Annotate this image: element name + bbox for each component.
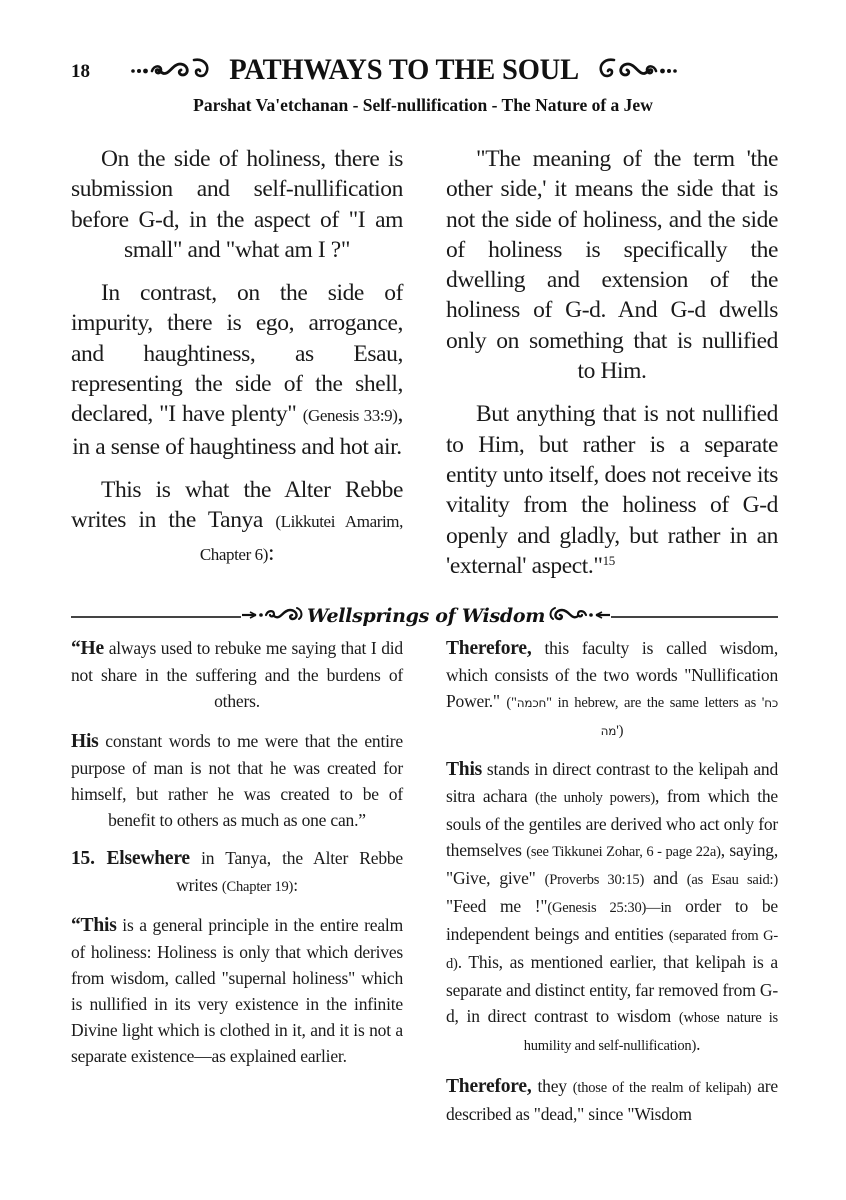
chapter-subtitle: Parshat Va'etchanan - Self-nullification… xyxy=(0,95,846,116)
citation: (as Esau said:) xyxy=(687,872,778,888)
page-number: 18 xyxy=(71,61,90,83)
citation: (Chapter 19) xyxy=(222,879,293,895)
note-paragraph: This stands in direct contrast to the ke… xyxy=(446,756,778,1059)
citation: (the unholy powers) xyxy=(535,790,655,806)
citation: (those of the realm of kelipah) xyxy=(573,1080,752,1096)
book-title: PATHWAYS TO THE SOUL xyxy=(229,53,579,87)
scroll-flourish-right-icon xyxy=(592,54,680,87)
divider-rule-left xyxy=(71,616,251,618)
note-paragraph: Therefore, this faculty is called wisdom… xyxy=(446,635,778,744)
divider-rule-right xyxy=(598,616,778,618)
footnote-lead: 15. Elsewhere xyxy=(71,848,190,869)
lead-word: “This xyxy=(71,915,117,936)
paragraph-tanya-intro: This is what the Alter Rebbe writes in t… xyxy=(71,475,403,570)
lead-word: Therefore, xyxy=(446,638,532,659)
citation: (Genesis 33:9) xyxy=(303,406,398,425)
citation: (Proverbs 30:15) xyxy=(545,872,645,888)
note-paragraph: His constant words to me were that the e… xyxy=(71,728,403,833)
paragraph-not-nullified: But anything that is not nullified to Hi… xyxy=(446,399,778,581)
note-text: constant words to me were that the entir… xyxy=(71,731,403,830)
lead-word: Therefore, xyxy=(446,1076,532,1097)
flourish-right-icon xyxy=(548,604,610,629)
paragraph-text: "The meaning of the term 'the other side… xyxy=(446,146,778,384)
notes-left-column: “He always used to rebuke me saying that… xyxy=(71,635,403,1079)
note-text: they xyxy=(532,1076,573,1096)
note-text: : xyxy=(293,875,298,895)
paragraph-impurity: In contrast, on the side of impurity, th… xyxy=(71,278,403,462)
note-paragraph: “He always used to rebuke me saying that… xyxy=(71,635,403,714)
scroll-flourish-left-icon xyxy=(128,54,216,87)
paragraph-other-side: "The meaning of the term 'the other side… xyxy=(446,144,778,386)
main-left-column: On the side of holiness, there is submis… xyxy=(71,144,403,583)
paragraph-text: : xyxy=(268,540,274,566)
citation: (Genesis 25:30)—in xyxy=(547,900,671,916)
note-paragraph: Therefore, they (those of the realm of k… xyxy=(446,1073,778,1127)
note-text: . xyxy=(696,1034,700,1054)
note-text: "Feed me !" xyxy=(446,896,547,916)
section-title: Wellsprings of Wisdom xyxy=(307,605,545,627)
hebrew-aside: ("חכמה" in hebrew, are the same letters … xyxy=(506,695,778,739)
note-text: is a general principle in the entire rea… xyxy=(71,915,403,1066)
citation: (see Tikkunei Zohar, 6 - page 22a) xyxy=(526,844,720,860)
paragraph-text: On the side of holiness, there is submis… xyxy=(71,146,403,263)
flourish-left-icon xyxy=(242,604,304,629)
footnote-ref[interactable]: 15 xyxy=(603,553,615,568)
section-divider: Wellsprings of Wisdom xyxy=(71,604,778,628)
running-header: PATHWAYS TO THE SOUL xyxy=(128,50,728,90)
paragraph-holiness: On the side of holiness, there is submis… xyxy=(71,144,403,265)
notes-right-column: Therefore, this faculty is called wisdom… xyxy=(446,635,778,1137)
footnote-15: 15. Elsewhere in Tanya, the Alter Rebbe … xyxy=(71,845,403,900)
main-right-column: "The meaning of the term 'the other side… xyxy=(446,144,778,594)
note-text: and xyxy=(644,868,687,888)
note-text: always used to rebuke me saying that I d… xyxy=(71,638,403,711)
lead-word: His xyxy=(71,731,99,752)
note-paragraph: “This is a general principle in the enti… xyxy=(71,912,403,1069)
lead-word: “He xyxy=(71,638,104,659)
divider-heading: Wellsprings of Wisdom xyxy=(241,604,611,628)
lead-word: This xyxy=(446,759,482,780)
